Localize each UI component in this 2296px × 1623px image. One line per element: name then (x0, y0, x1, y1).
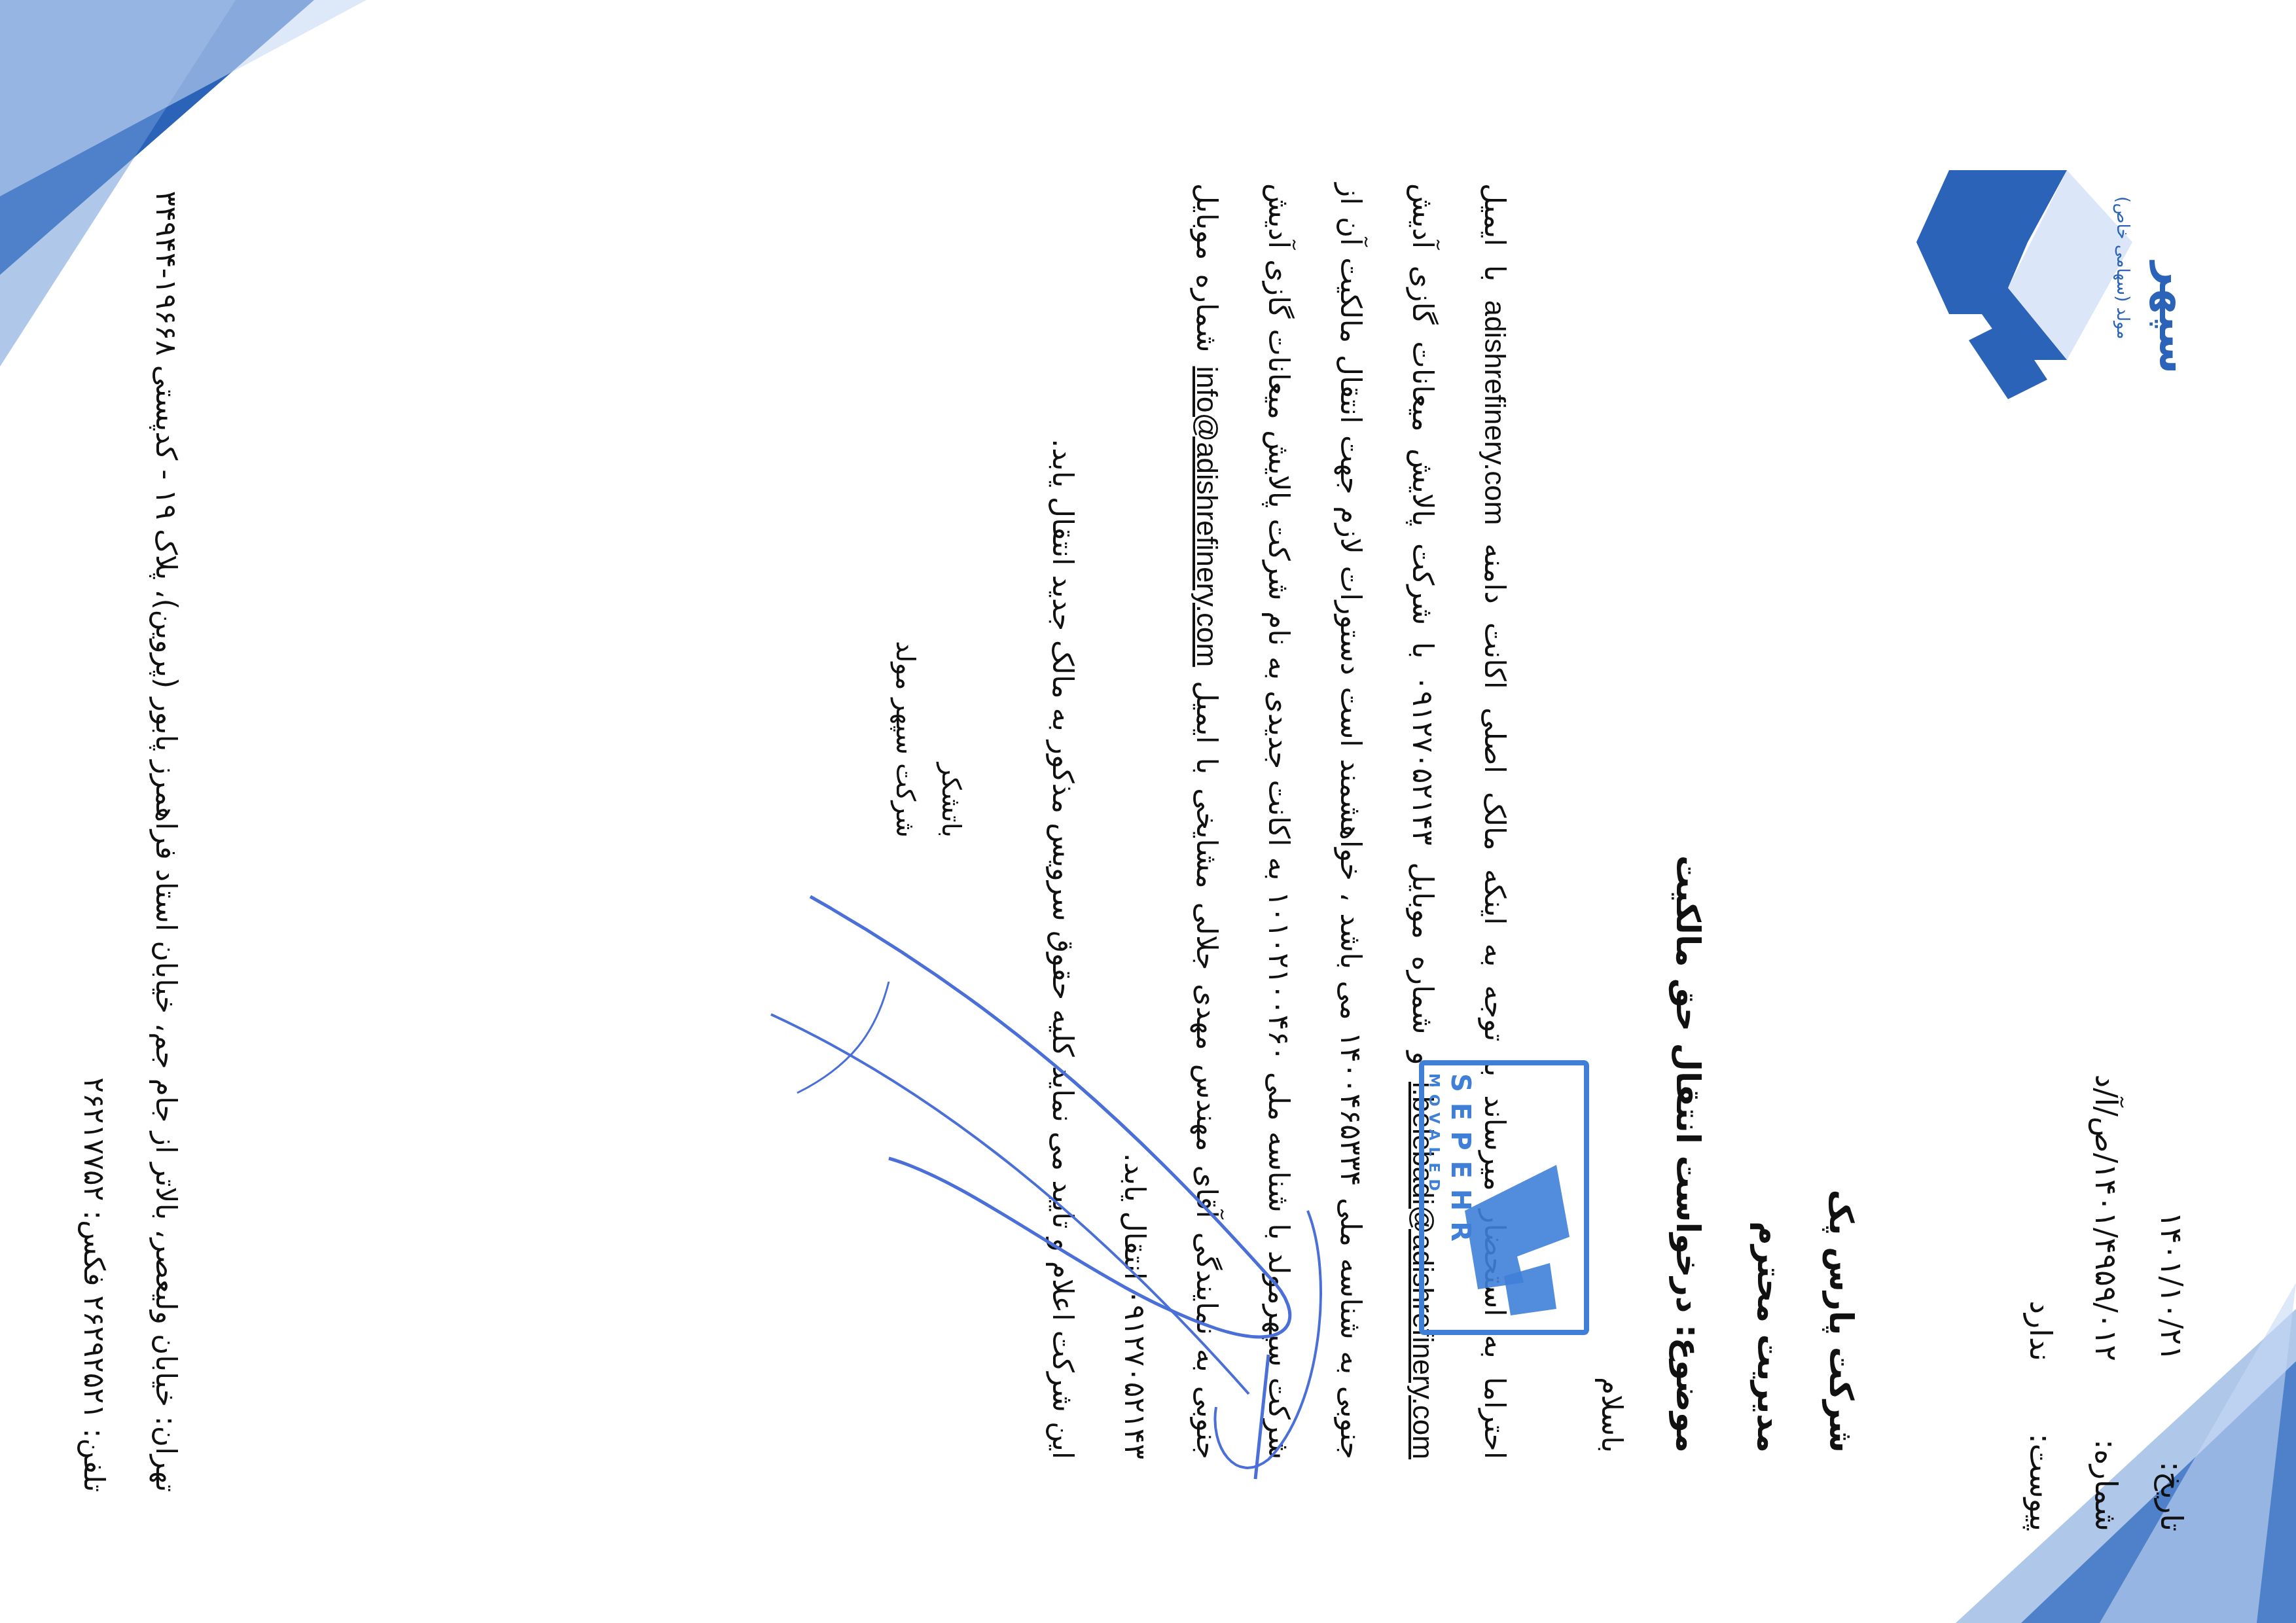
number-label: شماره: (2073, 1400, 2139, 1531)
domain-name: adishrefinery.com (1479, 300, 1511, 525)
letter-footer: تهران: خیابان ولیعصر، بالاتر از جام جم، … (58, 131, 202, 1492)
company-logo-name: سپهر (2149, 262, 2198, 374)
company-logo-subtitle: مولد (سهامی خاص) (2113, 196, 2132, 339)
stamp-logo-icon (1458, 1158, 1576, 1322)
date-label: تاریخ: (2139, 1400, 2204, 1531)
email-link-new-owner[interactable]: info@adishrefinery.com (1191, 366, 1223, 668)
number-value: ۱۴۰۱/۴۹۵۹/۰۱۲/ص/آ/د (2073, 1075, 2139, 1361)
recipient-title: مدیریت محترم (1733, 1190, 1805, 1453)
body-text: با ایمیل (1478, 183, 1511, 281)
letter-page: سپهر مولد (سهامی خاص) تاریخ: ۱۴۰۱/۱۰/۲۱ … (0, 0, 2296, 1623)
date-value: ۱۴۰۱/۱۰/۲۱ (2139, 1113, 2204, 1361)
handwritten-signature (758, 818, 1347, 1505)
recipient-company: شرکت پارس پک (1805, 1190, 1877, 1453)
letter-subject: موضوع: درخواست انتقال حق مالکیت (1669, 855, 1707, 1453)
stamp-text-sepehr: SEPEHR (1445, 1073, 1475, 1252)
closing-thanks: باتشکر (928, 641, 974, 838)
attachment-value: ندارد (2008, 1113, 2073, 1361)
attachment-label: پیوست: (2008, 1400, 2073, 1531)
meta-attachment-row: پیوست: ندارد (2008, 1075, 2073, 1531)
scanned-letter-canvas: سپهر مولد (سهامی خاص) تاریخ: ۱۴۰۱/۱۰/۲۱ … (0, 0, 2296, 1623)
meta-number-row: شماره: ۱۴۰۱/۴۹۵۹/۰۱۲/ص/آ/د (2073, 1075, 2139, 1531)
company-stamp: SEPEHR MOVALED (1419, 1060, 1589, 1335)
stamp-text-movaled: MOVALED (1426, 1073, 1442, 1198)
footer-address: تهران: خیابان ولیعصر، بالاتر از جام جم، … (130, 131, 202, 1492)
meta-date-row: تاریخ: ۱۴۰۱/۱۰/۲۱ (2139, 1075, 2204, 1531)
recipient-block: شرکت پارس پک مدیریت محترم (1733, 1190, 1877, 1453)
footer-contact: تلفن: ۲۶۲۹۲۵۲۱ فکس: ۲۶۲۱۷۷۵۲ (58, 131, 130, 1492)
closing-block: باتشکر شرکت سپهر مولد (882, 641, 974, 838)
letter-meta: تاریخ: ۱۴۰۱/۱۰/۲۱ شماره: ۱۴۰۱/۴۹۵۹/۰۱۲/ص… (2008, 1075, 2204, 1531)
closing-signatory: شرکت سپهر مولد (882, 641, 928, 838)
letter-greeting: باسلام (1595, 1377, 1628, 1453)
